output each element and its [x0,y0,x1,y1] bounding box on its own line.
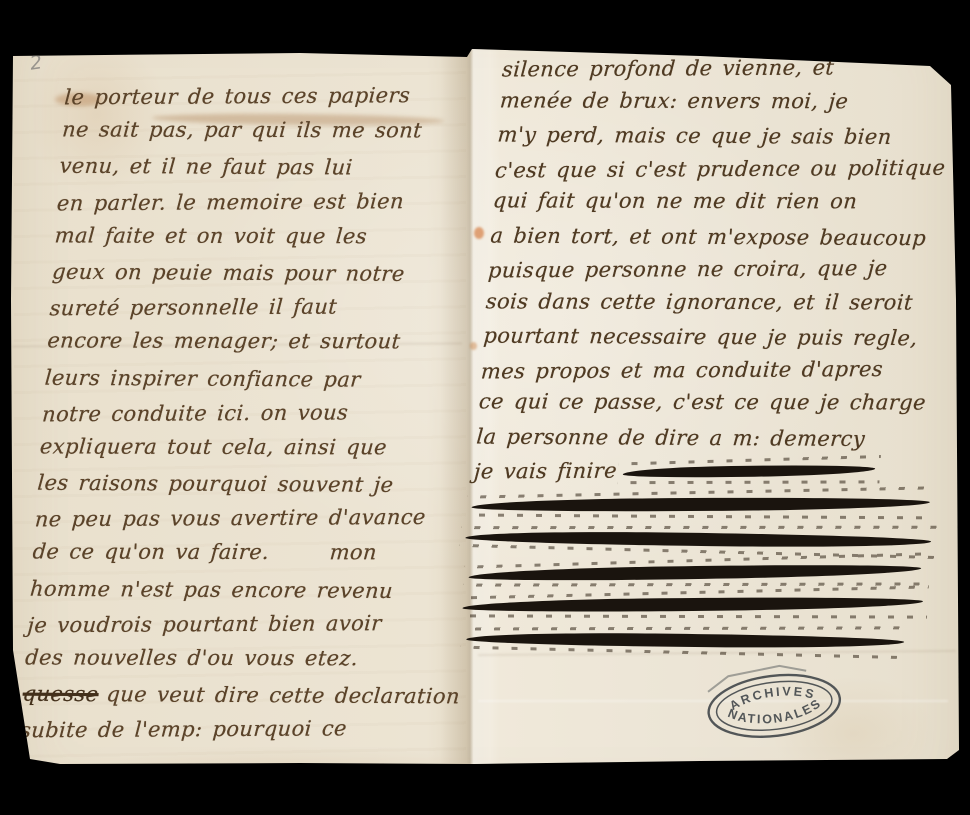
handwritten-line: en parler. le memoire est bien [56,188,490,226]
handwritten-line: silence profond de vienne, et [501,55,970,91]
handwritten-line: m'y perd, mais ce que je sais bien [496,123,970,159]
handwritten-line: ne peu pas vous avertire d'avance [33,505,467,543]
line-text: venu, et il ne faut pas lui [59,154,354,180]
redaction-mark [468,562,921,582]
handwritten-line: puisque personne ne croira, que je [487,256,967,292]
line-text: les raisons pourquoi souvent je [37,471,395,497]
line-text: leurs inspirer confiance par [44,365,362,391]
line-text: qui fait qu'on ne me dit rien on [492,188,858,213]
line-text: le porteur de tous ces papiers [64,83,411,109]
redaction-mark [623,464,876,479]
handwritten-line [461,625,941,661]
line-text: geux on peuie mais pour notre [51,260,405,286]
line-text: que veut dire cette declaration [106,682,461,708]
handwritten-line: quesseque veut dire cette declaration [21,682,455,720]
line-text: expliquera tout cela, ainsi que [39,434,388,459]
line-text: pourtant necessaire que je puis regle, [483,324,919,351]
handwritten-line: encore les menager; et surtout [46,329,480,365]
handwritten-line: subite de l'emp: pourquoi ce [19,716,453,754]
handwritten-line: ne sait pas, par qui ils me sont [61,118,495,154]
line-text: notre conduite ici. on vous [42,400,350,426]
handwritten-line: le porteur de tous ces papiers [63,83,497,121]
handwritten-line: je voudrois pourtant bien avoir [26,610,460,648]
handwritten-line: ce qui ce passe, c'est ce que je charge [477,389,957,424]
line-text: ce qui ce passe, c'est ce que je charge [478,389,927,414]
struck-word: quesse [22,682,100,706]
line-text: des nouvelles d'ou vous etez. [24,645,358,670]
handwritten-line: les raisons pourquoi souvent je [36,471,470,509]
letter-paper: 2 3 le porteur de tous ces papiersne sai… [0,0,970,815]
line-text [466,560,468,584]
line-text: a bien tort, et ont m'expose beaucoup [490,223,927,250]
handwritten-line: mal faite et on voit que les [53,223,487,259]
handwritten-line: notre conduite ici. on vous [41,399,475,437]
handwritten-line: geux on peuie mais pour notre [51,260,485,298]
handwritten-line [470,490,950,525]
line-text [471,490,473,514]
line-text: m'y perd, mais ce que je sais bien [497,123,893,149]
handwritten-line: la personne de dire a m: demercy [475,424,955,460]
redaction-mark [465,530,932,549]
line-text: de ce qu'on va faire. mon [32,540,378,565]
line-text: mal faite et on voit que les [54,223,368,248]
line-text: puisque personne ne croira, que je [487,256,888,282]
handwritten-line: expliquera tout cela, ainsi que [38,434,472,470]
line-text: sureté personnelle il faut [49,295,338,321]
line-text: encore les menager; et surtout [47,329,402,354]
redaction-mark [471,496,930,512]
folio-number-left: 2 [29,51,44,74]
line-text: ne sait pas, par qui ils me sont [61,118,423,143]
line-text: mes propos et ma conduite d'apres [480,357,884,383]
line-text: ne peu pas vous avertire d'avance [34,505,426,531]
line-text: sois dans cette ignorance, et il seroit [485,289,914,314]
handwritten-line: homme n'est pas encore revenu [28,576,462,614]
line-text: la personne de dire a m: demercy [476,424,866,450]
line-text: homme n'est pas encore revenu [29,576,394,602]
handwritten-line: des nouvelles d'ou vous etez. [24,645,458,681]
line-text: je vais finire [473,459,618,484]
line-text: je voudrois pourtant bien avoir [27,611,383,637]
handwritten-line: qui fait qu'on ne me dit rien on [491,188,970,223]
line-text: silence profond de vienne, et [501,55,835,81]
line-text: menée de brux: envers moi, je [499,88,849,113]
line-text [464,590,466,614]
handwritten-line: sureté personnelle il faut [48,294,482,332]
redaction-mark [466,631,905,649]
handwritten-line: sois dans cette ignorance, et il seroit [484,289,964,324]
handwritten-line: mes propos et ma conduite d'apres [480,356,960,392]
right-page-text: silence profond de vienne, etmenée de br… [461,56,970,659]
handwritten-line [463,590,943,625]
redaction-mark [462,596,923,613]
handwritten-line: c'est que si c'est prudence ou politique [494,155,970,191]
handwritten-line: leurs inspirer confiance par [43,365,477,403]
handwritten-line: pourtant necessaire que je puis regle, [482,324,962,360]
manuscript-photo: 2 3 le porteur de tous ces papiersne sai… [0,0,970,815]
line-text: en parler. le memoire est bien [56,189,405,215]
line-text: c'est que si c'est prudence ou politique [494,155,946,182]
archives-nationales-stamp: ARCHIVES NATIONALES [693,653,852,755]
handwritten-line: de ce qu'on va faire. mon [31,540,465,576]
handwritten-line: a bien tort, et ont m'expose beaucoup [489,223,969,259]
line-text: subite de l'emp: pourquoi ce [19,717,347,743]
handwritten-line: venu, et il ne faut pas lui [58,154,492,192]
handwritten-line: menée de brux: envers moi, je [498,88,970,123]
left-page-text: le porteur de tous ces papiersne sait pa… [19,84,498,753]
